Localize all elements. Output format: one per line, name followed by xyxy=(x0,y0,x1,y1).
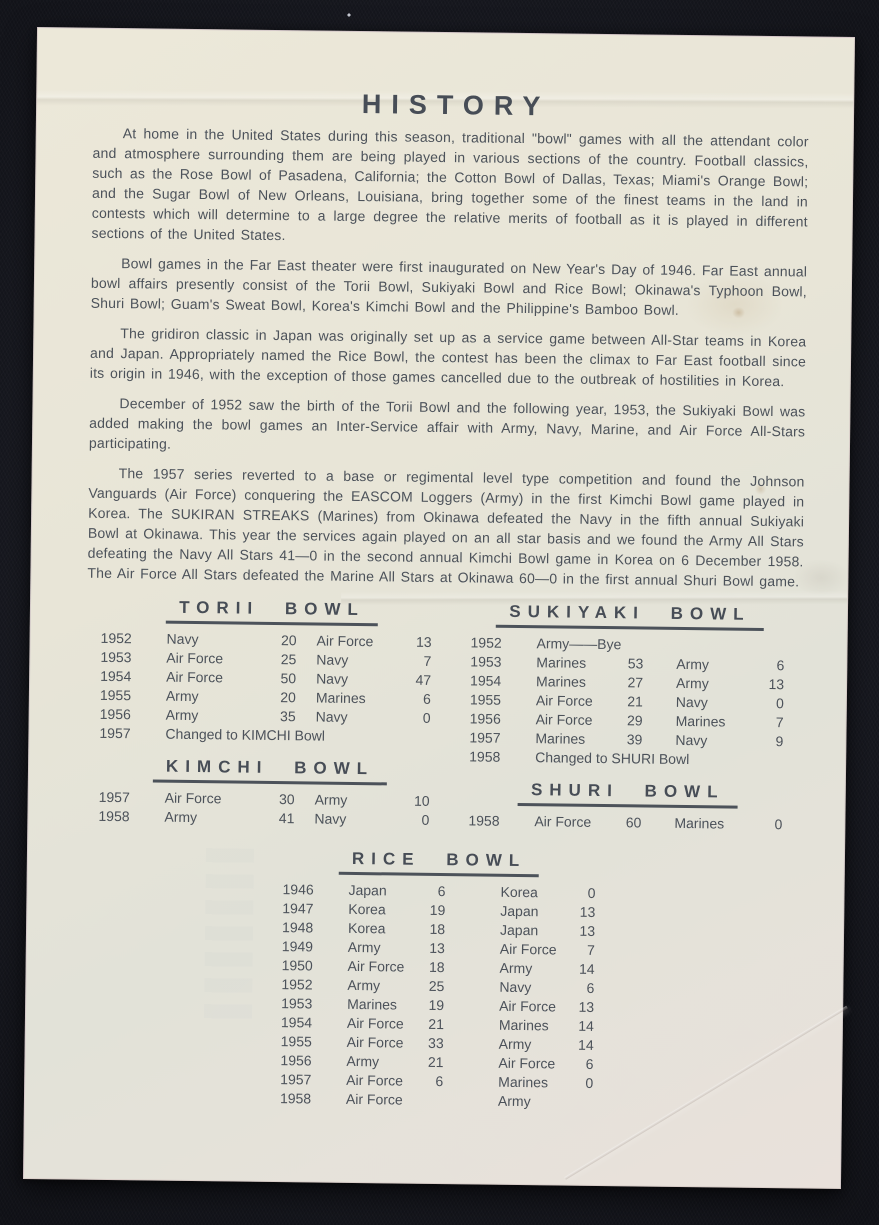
game-row: 1957Changed to KIMCHI Bowl xyxy=(99,724,455,747)
loser-score-cell: 47 xyxy=(401,671,431,690)
loser-score-cell: 0 xyxy=(756,694,784,713)
loser-cell: Navy xyxy=(314,809,399,829)
year-cell: 1955 xyxy=(100,686,166,706)
winner-score-cell: 20 xyxy=(261,631,316,651)
game-row: 1958Air ForceArmy xyxy=(280,1089,626,1112)
loser-score-cell: 6 xyxy=(561,979,594,998)
loser-score-cell: 13 xyxy=(561,998,594,1017)
loser-cell: Navy xyxy=(676,693,756,713)
loser-score-cell: 6 xyxy=(560,1055,593,1074)
winner-score-cell: 20 xyxy=(261,688,316,708)
winner-score-cell: 19 xyxy=(407,996,444,1015)
loser-score-cell: 13 xyxy=(562,922,595,941)
year-cell: 1954 xyxy=(470,671,536,691)
winner-cell: Japan xyxy=(348,881,408,901)
game-row: 1958Army41Navy0 xyxy=(98,807,454,830)
year-cell: 1952 xyxy=(470,633,536,653)
loser-cell: Navy xyxy=(316,708,401,728)
year-cell: 1948 xyxy=(282,918,348,938)
winner-score-cell: 6 xyxy=(406,1072,443,1091)
winner-cell: Korea xyxy=(348,919,408,939)
paragraph-rice-bowl-origin: The gridiron classic in Japan was origin… xyxy=(90,323,807,392)
winner-score-cell: 39 xyxy=(610,730,675,750)
sukiyaki-bowl-heading: SUKIYAKI BOWL xyxy=(496,602,764,631)
kimchi-bowl-table: 1957Air Force30Army101958Army41Navy0 xyxy=(84,788,454,831)
loser-cell: Marines xyxy=(674,814,754,834)
winner-cell: Air Force xyxy=(166,668,261,688)
winner-cell: Marines xyxy=(536,653,611,673)
loser-cell: Marines xyxy=(676,712,756,732)
winner-score-cell: 30 xyxy=(260,790,315,810)
winner-cell: Army xyxy=(164,808,259,828)
loser-score-cell: 0 xyxy=(560,1074,593,1093)
loser-cell: Air Force xyxy=(444,996,561,1016)
winner-score-cell xyxy=(406,1091,443,1110)
page-content: HISTORY At home in the United States dur… xyxy=(24,28,854,1188)
loser-cell: Navy xyxy=(444,977,561,997)
winner-cell: Air Force xyxy=(347,1014,407,1034)
loser-score-cell: 13 xyxy=(401,633,431,652)
bowl-results-right-column: SUKIYAKI BOWL 1952Army——Bye1953Marines53… xyxy=(454,601,803,834)
winner-cell: Korea xyxy=(348,900,408,920)
bowl-results-columns: TORII BOWL 1952Navy20Air Force131953Air … xyxy=(84,597,803,835)
year-cell: 1956 xyxy=(470,709,536,729)
winner-cell: Air Force xyxy=(346,1071,406,1091)
loser-cell: Korea xyxy=(445,882,562,902)
note-cell: Changed to SHURI Bowl xyxy=(535,748,783,770)
rice-bowl-section: RICE BOWL 1946Japan6Korea01947Korea19Jap… xyxy=(280,848,629,1112)
winner-score-cell: 33 xyxy=(407,1034,444,1053)
loser-cell: Army xyxy=(315,790,400,810)
sukiyaki-bowl-section: SUKIYAKI BOWL 1952Army——Bye1953Marines53… xyxy=(455,601,803,770)
loser-cell: Navy xyxy=(316,651,401,671)
shuri-bowl-section: SHURI BOWL 1958Air Force60Marines0 xyxy=(454,779,801,834)
winner-score-cell: 13 xyxy=(408,939,445,958)
year-cell: 1957 xyxy=(99,724,165,744)
year-cell: 1954 xyxy=(100,667,166,687)
winner-cell: Army xyxy=(166,706,261,726)
winner-score-cell: 25 xyxy=(261,650,316,670)
loser-score-cell xyxy=(560,1093,593,1112)
winner-score-cell: 21 xyxy=(407,1015,444,1034)
loser-score-cell: 7 xyxy=(401,652,431,671)
winner-cell: Army xyxy=(348,938,408,958)
year-cell: 1957 xyxy=(469,728,535,748)
winner-score-cell: 18 xyxy=(408,920,445,939)
winner-score-cell: 60 xyxy=(609,813,674,833)
loser-score-cell: 14 xyxy=(561,960,594,979)
year-cell: 1955 xyxy=(281,1032,347,1052)
year-cell: 1953 xyxy=(100,648,166,668)
year-cell: 1955 xyxy=(470,690,536,710)
year-cell: 1953 xyxy=(470,652,536,672)
year-cell: 1958 xyxy=(98,807,164,827)
game-row: 1958Air Force60Marines0 xyxy=(468,811,800,834)
rice-bowl-heading: RICE BOWL xyxy=(339,849,540,877)
loser-cell: Air Force xyxy=(316,632,401,652)
loser-score-cell: 10 xyxy=(400,792,430,811)
winner-cell: Air Force xyxy=(534,812,609,832)
year-cell: 1958 xyxy=(469,747,535,767)
loser-cell: Japan xyxy=(445,920,562,940)
document-page: HISTORY At home in the United States dur… xyxy=(23,27,855,1189)
torii-bowl-section: TORII BOWL 1952Navy20Air Force131953Air … xyxy=(85,597,457,748)
loser-cell: Japan xyxy=(445,901,562,921)
loser-score-cell: 14 xyxy=(561,1017,594,1036)
winner-score-cell: 35 xyxy=(261,707,316,727)
loser-score-cell: 7 xyxy=(756,713,784,732)
torii-bowl-table: 1952Navy20Air Force131953Air Force25Navy… xyxy=(85,629,456,748)
winner-score-cell: 21 xyxy=(611,692,676,712)
year-cell: 1956 xyxy=(100,705,166,725)
paragraph-1957-1958-series: The 1957 series reverted to a base or re… xyxy=(87,463,804,592)
loser-score-cell: 0 xyxy=(562,884,595,903)
loser-cell: Air Force xyxy=(445,939,562,959)
loser-score-cell: 0 xyxy=(754,815,782,834)
torii-bowl-heading: TORII BOWL xyxy=(166,598,378,627)
winner-score-cell: 53 xyxy=(611,654,676,674)
game-row: 1958Changed to SHURI Bowl xyxy=(469,747,801,770)
bowl-results-left-column: TORII BOWL 1952Navy20Air Force131953Air … xyxy=(84,597,457,831)
winner-cell: Army xyxy=(346,1052,406,1072)
paragraph-far-east-bowls: Bowl games in the Far East theater were … xyxy=(91,253,808,322)
winner-cell: Marines xyxy=(536,672,611,692)
loser-score-cell: 13 xyxy=(756,675,784,694)
winner-cell: Air Force xyxy=(347,1033,407,1053)
photo-fabric-background: HISTORY At home in the United States dur… xyxy=(0,0,879,1225)
year-cell: 1946 xyxy=(282,880,348,900)
winner-cell: Navy xyxy=(166,630,261,650)
page-title: HISTORY xyxy=(93,91,809,120)
kimchi-bowl-heading: KIMCHI BOWL xyxy=(153,757,387,786)
rice-bowl-table: 1946Japan6Korea01947Korea19Japan131948Ko… xyxy=(280,880,629,1112)
loser-score-cell: 6 xyxy=(401,690,431,709)
year-cell: 1958 xyxy=(280,1089,346,1109)
winner-score-cell: 50 xyxy=(261,669,316,689)
winner-score-cell: 21 xyxy=(406,1053,443,1072)
loser-cell: Army xyxy=(444,958,561,978)
loser-cell: Army xyxy=(444,1034,561,1054)
year-cell: 1958 xyxy=(468,811,534,831)
winner-cell: Army xyxy=(347,976,407,996)
loser-cell: Army xyxy=(443,1091,560,1111)
winner-score-cell: 27 xyxy=(611,673,676,693)
winner-cell: Air Force xyxy=(347,957,407,977)
loser-score-cell: 13 xyxy=(562,903,595,922)
paragraph-torii-sukiyaki-origin: December of 1952 saw the birth of the To… xyxy=(89,393,806,462)
loser-cell: Marines xyxy=(443,1072,560,1092)
winner-score-cell: 6 xyxy=(408,882,445,901)
year-cell: 1950 xyxy=(282,956,348,976)
winner-cell: Marines xyxy=(347,995,407,1015)
loser-score-cell: 7 xyxy=(562,941,595,960)
loser-score-cell: 0 xyxy=(399,811,429,830)
note-cell: Changed to KIMCHI Bowl xyxy=(165,725,430,747)
winner-cell: Marines xyxy=(535,729,610,749)
year-cell: 1947 xyxy=(282,899,348,919)
loser-score-cell: 14 xyxy=(561,1036,594,1055)
year-cell: 1952 xyxy=(100,629,166,649)
winner-cell: Army xyxy=(166,687,261,707)
year-cell: 1956 xyxy=(280,1051,346,1071)
loser-cell: Marines xyxy=(316,689,401,709)
winner-score-cell: 25 xyxy=(407,977,444,996)
winner-score-cell: 41 xyxy=(259,809,314,829)
loser-cell: Navy xyxy=(316,670,401,690)
loser-cell: Marines xyxy=(444,1015,561,1035)
loser-score-cell: 6 xyxy=(756,656,784,675)
loser-score-cell: 0 xyxy=(401,709,431,728)
loser-cell: Army xyxy=(676,655,756,675)
winner-cell: Air Force xyxy=(346,1090,406,1110)
winner-cell: Air Force xyxy=(166,649,261,669)
winner-score-cell: 29 xyxy=(611,711,676,731)
loser-cell: Navy xyxy=(675,731,755,751)
year-cell: 1957 xyxy=(280,1070,346,1090)
loser-score-cell: 9 xyxy=(755,732,783,751)
kimchi-bowl-section: KIMCHI BOWL 1957Air Force30Army101958Arm… xyxy=(84,756,455,831)
shuri-bowl-heading: SHURI BOWL xyxy=(518,780,738,809)
year-cell: 1957 xyxy=(99,788,165,808)
shuri-bowl-table: 1958Air Force60Marines0 xyxy=(454,811,800,834)
sukiyaki-bowl-table: 1952Army——Bye1953Marines53Army61954Marin… xyxy=(455,633,803,770)
winner-score-cell: 19 xyxy=(408,901,445,920)
winner-cell: Air Force xyxy=(165,789,260,809)
winner-score-cell: 18 xyxy=(407,958,444,977)
winner-cell: Air Force xyxy=(536,691,611,711)
loser-cell: Army xyxy=(676,674,756,694)
year-cell: 1954 xyxy=(281,1013,347,1033)
year-cell: 1952 xyxy=(281,975,347,995)
year-cell: 1953 xyxy=(281,994,347,1014)
year-cell: 1949 xyxy=(282,937,348,957)
winner-cell: Air Force xyxy=(536,710,611,730)
paragraph-us-bowls: At home in the United States during this… xyxy=(91,123,808,252)
loser-cell: Air Force xyxy=(443,1053,560,1073)
